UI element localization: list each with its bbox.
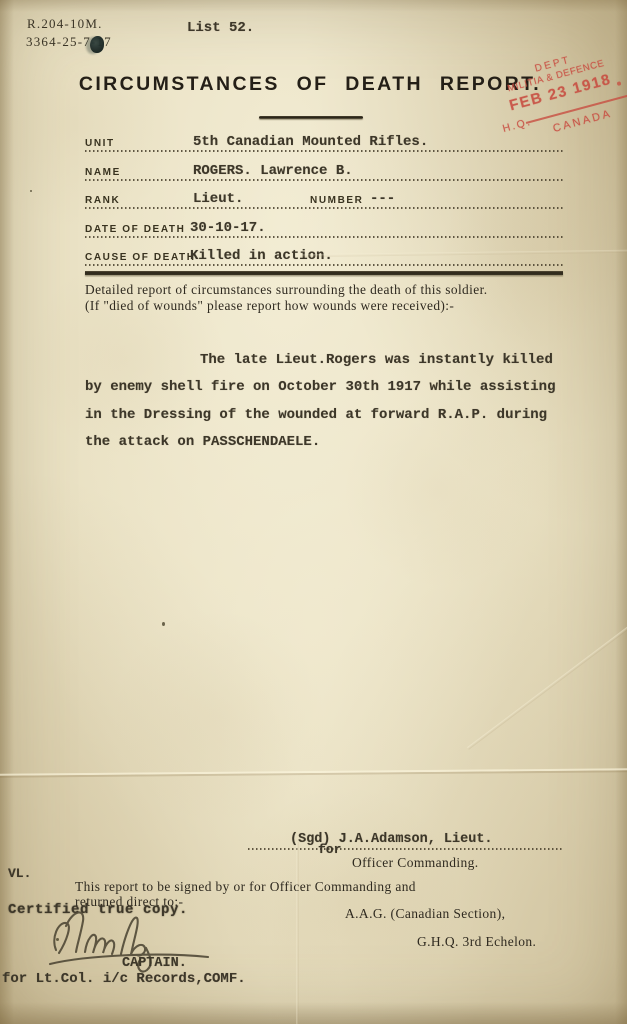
field-row-date-of-death: DATE OF DEATH 30-10-17. — [85, 220, 563, 238]
instructions-paragraph: Detailed report of circumstances surroun… — [85, 282, 575, 313]
page-title: CIRCUMSTANCES OF DEATH REPORT. — [70, 73, 550, 96]
dotted-rule — [85, 236, 563, 238]
rank-value: Lieut. — [193, 191, 243, 207]
field-row-rank-number: RANK Lieut. NUMBER --- — [85, 191, 563, 209]
date-of-death-value: 30-10-17. — [190, 220, 266, 236]
dotted-rule — [85, 179, 563, 181]
number-label: NUMBER — [310, 195, 364, 206]
for-ltcol-records: for Lt.Col. i/c Records,COMF. — [2, 971, 246, 987]
ink-blot — [90, 36, 104, 53]
for-overtype: for — [318, 842, 341, 857]
field-row-unit: UNIT 5th Canadian Mounted Rifles. — [85, 134, 563, 152]
name-value: ROGERS. Lawrence B. — [193, 163, 353, 179]
date-of-death-label: DATE OF DEATH — [85, 224, 185, 235]
death-report-document: R.204-10M. 3364-25-7-17 List 52. CIRCUMS… — [0, 0, 627, 1024]
vl-initials: VL. — [8, 866, 31, 881]
instructions-line2: (If "died of wounds" please report how w… — [85, 298, 575, 314]
footer-instruction-line1: This report to be signed by or for Offic… — [75, 879, 416, 895]
form-code-line1: R.204-10M. — [27, 16, 103, 32]
paper-crease — [467, 626, 627, 750]
report-line: The late Lieut.Rogers was instantly kill… — [85, 347, 575, 374]
paper-speck — [56, 938, 59, 941]
instructions-line1: Detailed report of circumstances surroun… — [85, 282, 575, 298]
report-line: in the Dressing of the wounded at forwar… — [85, 402, 575, 429]
unit-label: UNIT — [85, 138, 115, 149]
paper-texture — [0, 0, 627, 1024]
paper-speck — [162, 622, 165, 626]
stamp-ink-dot — [617, 81, 622, 86]
report-body: The late Lieut.Rogers was instantly kill… — [85, 347, 575, 457]
aag-canadian-section: A.A.G. (Canadian Section), — [345, 906, 505, 922]
date-received-stamp: DEPT MILITIA & DEFENCE FEB 23 1918 H.Q. … — [487, 42, 627, 148]
name-label: NAME — [85, 167, 121, 178]
paper-crease — [0, 768, 627, 778]
report-line: the attack on PASSCHENDAELE. — [85, 429, 575, 456]
title-divider — [259, 116, 363, 119]
paper-crease — [296, 842, 299, 1024]
dotted-rule — [85, 150, 563, 152]
dotted-rule — [85, 207, 563, 209]
ghq-3rd-echelon: G.H.Q. 3rd Echelon. — [417, 934, 536, 950]
unit-value: 5th Canadian Mounted Rifles. — [193, 134, 428, 150]
section-divider — [85, 271, 563, 275]
number-value: --- — [370, 191, 395, 207]
list-number: List 52. — [187, 20, 254, 36]
dotted-rule — [85, 264, 563, 266]
officer-commanding-label: Officer Commanding. — [352, 855, 479, 871]
captain-label: CAPTAIN. — [122, 956, 187, 971]
report-line: by enemy shell fire on October 30th 1917… — [85, 374, 575, 401]
rank-label: RANK — [85, 195, 120, 206]
paper-speck — [30, 190, 32, 192]
field-row-name: NAME ROGERS. Lawrence B. — [85, 163, 563, 181]
cause-of-death-label: CAUSE OF DEATH — [85, 252, 196, 263]
